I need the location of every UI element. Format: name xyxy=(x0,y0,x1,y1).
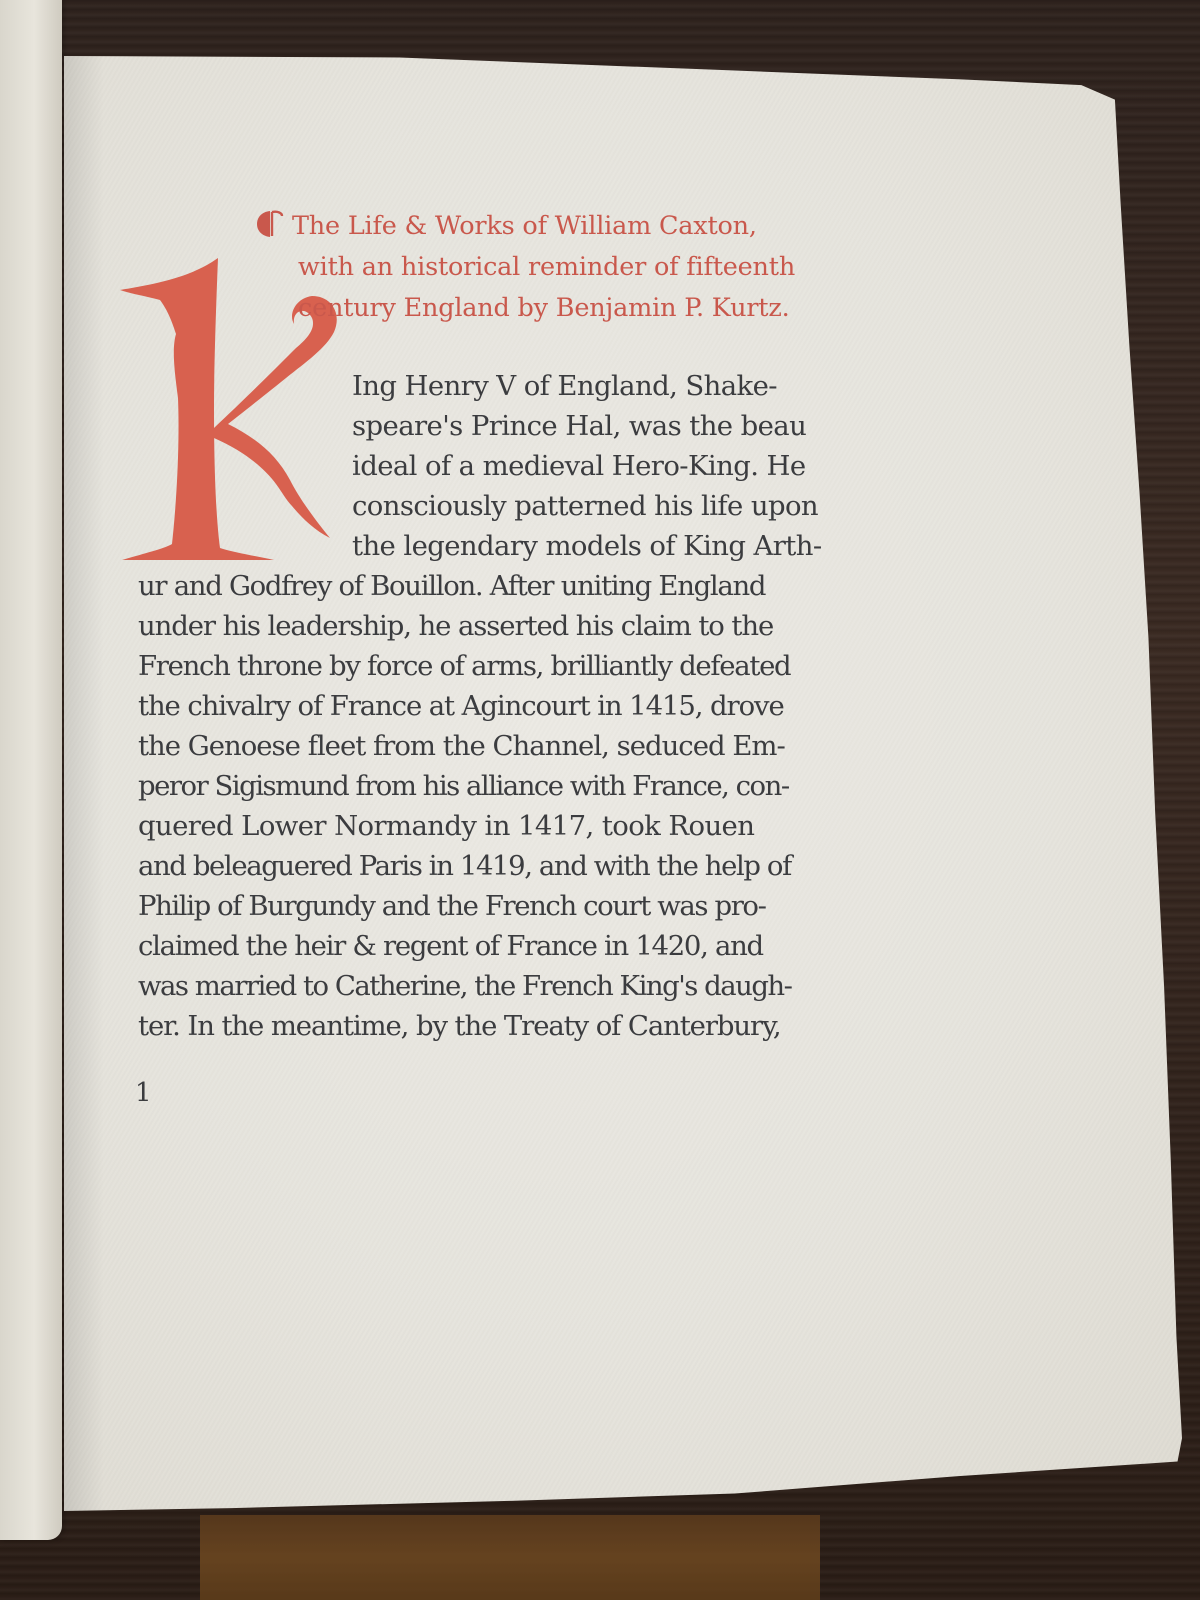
body-line-14: Philip of Burgundy and the French court … xyxy=(138,886,765,926)
page-number: 1 xyxy=(135,1078,152,1108)
title-line-2: with an historical reminder of fifteenth xyxy=(256,247,816,288)
body-line-4: consciously patterned his life upon xyxy=(352,486,818,526)
spine-shadow xyxy=(64,56,104,1511)
title-heading: The Life & Works of William Caxton, with… xyxy=(256,206,816,329)
body-line-17: ter. In the meantime, by the Treaty of C… xyxy=(138,1006,781,1046)
wooden-table-panel xyxy=(200,1515,820,1600)
body-line-15: claimed the heir & regent of France in 1… xyxy=(138,926,763,966)
body-line-5: the legendary models of King Arth- xyxy=(352,526,822,566)
body-line-13: and beleaguered Paris in 1419, and with … xyxy=(138,846,791,886)
body-line-9: the chivalry of France at Agincourt in 1… xyxy=(138,686,784,726)
pilcrow-icon xyxy=(256,209,284,239)
body-line-3: ideal of a medieval Hero-King. He xyxy=(352,446,806,486)
title-line-3: century England by Benjamin P. Kurtz. xyxy=(256,288,816,329)
left-page-edge xyxy=(0,0,62,1540)
body-line-12: quered Lower Normandy in 1417, took Roue… xyxy=(138,806,754,846)
body-line-11: peror Sigismund from his alliance with F… xyxy=(138,766,789,806)
body-line-10: the Genoese fleet from the Channel, sedu… xyxy=(138,726,785,766)
title-line: The Life & Works of William Caxton, xyxy=(256,206,816,247)
title-line-1: The Life & Works of William Caxton, xyxy=(292,211,757,241)
body-line-1: Ing Henry V of England, Shake- xyxy=(352,366,777,406)
body-line-16: was married to Catherine, the French Kin… xyxy=(138,966,791,1006)
body-line-7: under his leadership, he asserted his cl… xyxy=(138,606,773,646)
body-line-6: ur and Godfrey of Bouillon. After unitin… xyxy=(138,566,765,606)
body-line-2: speare's Prince Hal, was the beau xyxy=(352,406,806,446)
body-line-8: French throne by force of arms, brillian… xyxy=(138,646,790,686)
